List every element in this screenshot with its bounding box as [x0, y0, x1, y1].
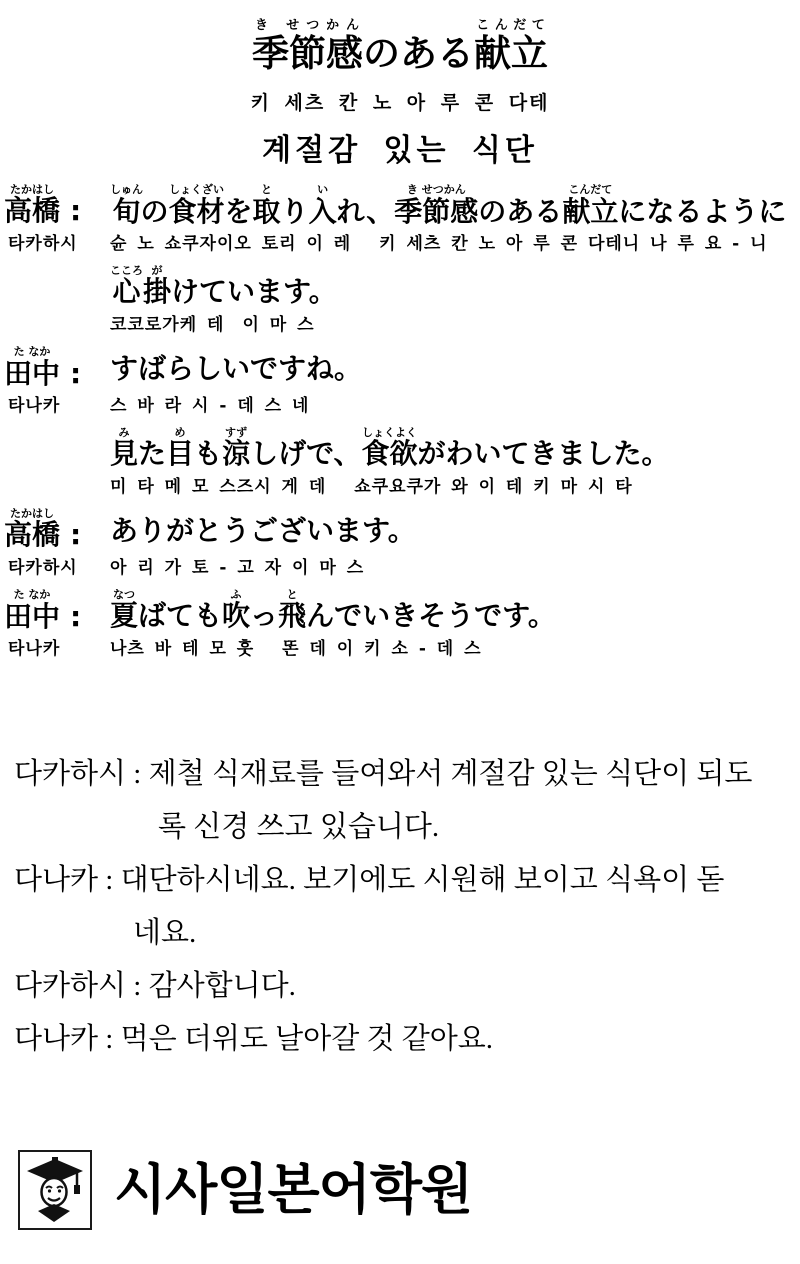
dialogue-korean-reading: 아 리 가 토 - 고 자 이 마 스	[110, 557, 800, 579]
dialogue-japanese: すばらしいですね。	[110, 345, 800, 393]
speaker-colon: :	[70, 357, 81, 390]
speaker-column: 高橋たかはし: 타카하시	[4, 183, 110, 255]
speaker-japanese: 高橋たかはし	[4, 518, 60, 551]
dialogue-content: 見みた目めも涼すずしげで、食欲しょくよくがわいてきました。 미 타 메 모 스즈…	[110, 426, 800, 498]
speaker-colon: :	[70, 194, 81, 227]
speaker-japanese: 田中た なか	[4, 600, 60, 633]
speaker-column: 田中た なか: 타나카	[4, 588, 110, 660]
translation-block: 다카하시 : 제철 식재료를 들여와서 계절감 있는 식단이 되도 록 신경 쓰…	[14, 748, 800, 1066]
dialogue-korean-reading: 나츠 바 테 모 훗 똔 데 이 키 소 - 데 스	[110, 638, 800, 660]
speaker-japanese: 高橋たかはし	[4, 194, 60, 227]
translation-line: 네요.	[14, 907, 800, 960]
dialogue-japanese: 心こころ掛がけています。	[110, 264, 800, 312]
dialogue-row: 田中た なか: 타나카 すばらしいですね。 스 바 라 시 - 데 스 네	[4, 345, 800, 417]
dialogue-content: 夏なつばても吹ふっ飛とんでいきそうです。 나츠 바 테 모 훗 똔 데 이 키 …	[110, 588, 800, 660]
dialogue-japanese: 旬しゅんの食材しょくざいを取とり入いれ、季節感き せつかんのある献立こんだてにな…	[110, 183, 800, 231]
translation-line: 다카하시 : 감사합니다.	[14, 960, 800, 1013]
speaker-korean: 타카하시	[8, 233, 110, 255]
speaker-column	[4, 264, 110, 314]
speaker-colon: :	[70, 518, 81, 551]
logo: 시사일본어학원	[18, 1150, 472, 1230]
academy-name: 시사일본어학원	[114, 1150, 472, 1230]
speaker-colon: :	[70, 600, 81, 633]
graduate-mask-icon	[18, 1150, 92, 1230]
dialogue-row: 高橋たかはし: 타카하시 ありがとうございます。 아 리 가 토 - 고 자 이…	[4, 507, 800, 579]
translation-line: 다나카 : 먹은 더위도 날아갈 것 같아요.	[14, 1013, 800, 1066]
dialogue-korean-reading: 스 바 라 시 - 데 스 네	[110, 395, 800, 417]
dialogue-korean-reading: 코코로가케 테 이 마 스	[110, 314, 800, 336]
speaker-japanese: 田中た なか	[4, 357, 60, 390]
dialogue-content: 旬しゅんの食材しょくざいを取とり入いれ、季節感き せつかんのある献立こんだてにな…	[110, 183, 800, 255]
dialogue-content: 心こころ掛がけています。 코코로가케 테 이 마 스	[110, 264, 800, 336]
translation-line: 다카하시 : 제철 식재료를 들여와서 계절감 있는 식단이 되도	[14, 748, 800, 801]
title-japanese: 季節感き せつかんのある献立こんだて	[0, 18, 800, 86]
dialogue-row: 高橋たかはし: 타카하시 旬しゅんの食材しょくざいを取とり入いれ、季節感き せつ…	[4, 183, 800, 255]
dialogue-row: 見みた目めも涼すずしげで、食欲しょくよくがわいてきました。 미 타 메 모 스즈…	[4, 426, 800, 498]
translation-line: 다나카 : 대단하시네요. 보기에도 시원해 보이고 식욕이 돋	[14, 854, 800, 907]
title-korean-reading: 키 세츠 칸 노 아 루 콘 다테	[0, 88, 800, 115]
speaker-korean: 타나카	[8, 638, 110, 660]
dialogue-block: 高橋たかはし: 타카하시 旬しゅんの食材しょくざいを取とり入いれ、季節感き せつ…	[4, 183, 800, 669]
dialogue-row: 田中た なか: 타나카 夏なつばても吹ふっ飛とんでいきそうです。 나츠 바 테 …	[4, 588, 800, 660]
speaker-korean: 타나카	[8, 395, 110, 417]
speaker-korean: 타카하시	[8, 557, 110, 579]
page-root: { "page": { "background": "#ffffff", "te…	[0, 0, 800, 1264]
translation-line: 록 신경 쓰고 있습니다.	[14, 801, 800, 854]
dialogue-japanese: ありがとうございます。	[110, 507, 800, 555]
speaker-column: 高橋たかはし: 타카하시	[4, 507, 110, 579]
title-block: 季節感き せつかんのある献立こんだて 키 세츠 칸 노 아 루 콘 다테 계절감…	[0, 18, 800, 169]
speaker-column	[4, 426, 110, 476]
speaker-column: 田中た なか: 타나카	[4, 345, 110, 417]
dialogue-japanese: 見みた目めも涼すずしげで、食欲しょくよくがわいてきました。	[110, 426, 800, 474]
dialogue-content: ありがとうございます。 아 리 가 토 - 고 자 이 마 스	[110, 507, 800, 579]
dialogue-content: すばらしいですね。 스 바 라 시 - 데 스 네	[110, 345, 800, 417]
dialogue-korean-reading: 슌 노 쇼쿠자이오 토리 이 레 키 세츠 칸 노 아 루 콘 다테니 나 루 …	[110, 233, 800, 255]
dialogue-japanese: 夏なつばても吹ふっ飛とんでいきそうです。	[110, 588, 800, 636]
dialogue-row: 心こころ掛がけています。 코코로가케 테 이 마 스	[4, 264, 800, 336]
title-korean: 계절감 있는 식단	[0, 125, 800, 169]
dialogue-korean-reading: 미 타 메 모 스즈시 게 데 쇼쿠요쿠가 와 이 테 키 마 시 타	[110, 476, 800, 498]
